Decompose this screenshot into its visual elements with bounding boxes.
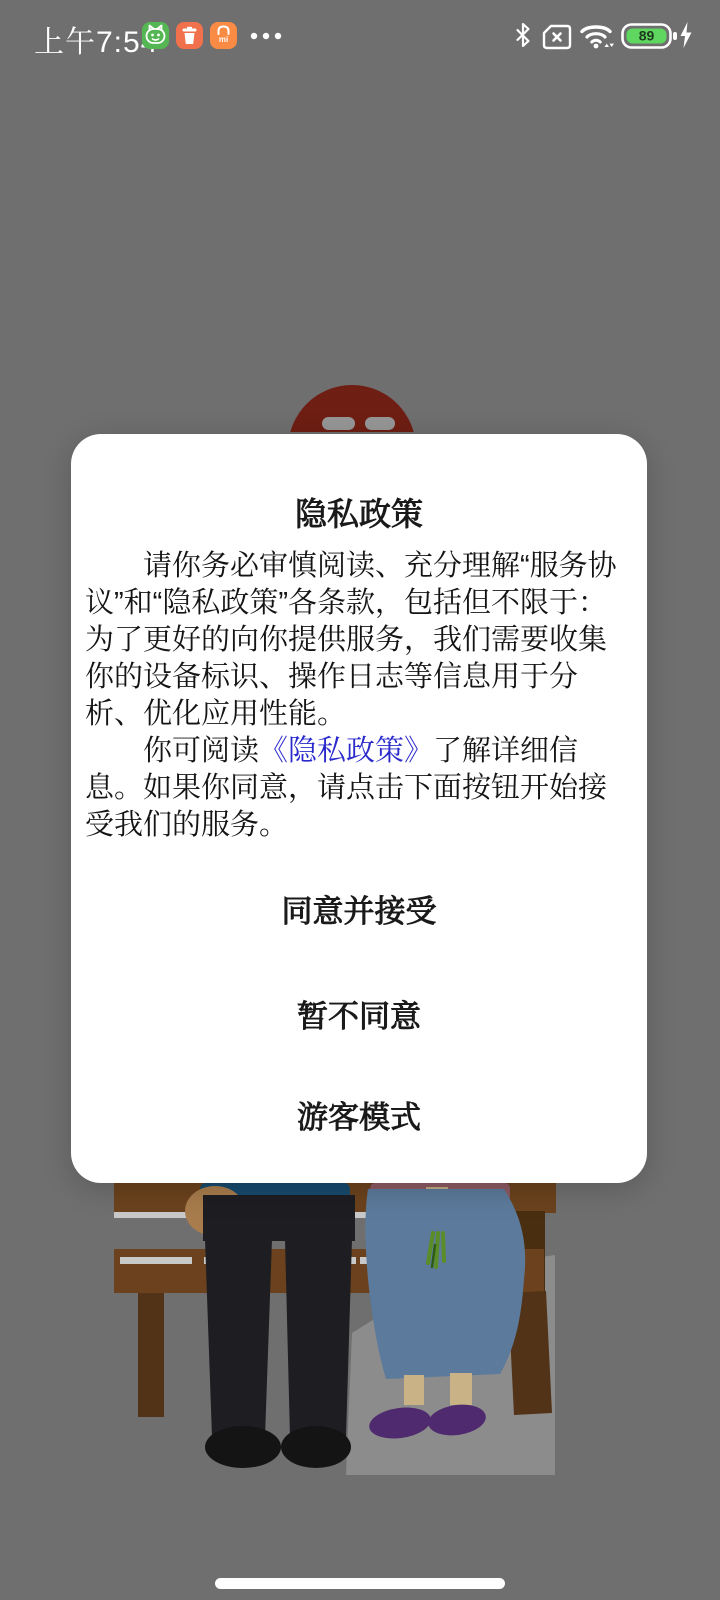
woman-leg-right [450,1373,472,1405]
trash-app-icon [176,22,203,49]
mascot-eye-left [322,417,355,430]
no-sim-icon [541,24,573,50]
mascot-eye-right [365,417,395,430]
wifi-down-arrow [610,44,615,47]
bench-leg-left [138,1293,164,1417]
dialog-body: 请你务必审慎阅读、充分理解“服务协议”和“隐私政策”各条款，包括但不限于：为了更… [85,548,633,844]
agree-accept-button[interactable]: 同意并接受 [71,892,647,932]
battery-icon: 89 [621,22,677,50]
shopping-bag-app-icon: mi [210,22,237,49]
phone-screen: 上午7:54 mi [0,0,720,1600]
clock: 上午7:54 [34,17,158,61]
home-indicator-bar[interactable] [215,1578,505,1589]
policy-paragraph-1: 请你务必审慎阅读、充分理解“服务协议”和“隐私政策”各条款，包括但不限于：为了更… [85,548,633,733]
elderly-man [185,1183,355,1468]
privacy-dialog: 隐私政策 请你务必审慎阅读、充分理解“服务协议”和“隐私政策”各条款，包括但不限… [71,434,647,1183]
battery-percent: 89 [639,28,655,44]
disagree-button[interactable]: 暂不同意 [71,997,647,1037]
bench-couple-illustration [100,1183,560,1475]
man-shoe-left [205,1426,281,1468]
guest-mode-button[interactable]: 游客模式 [71,1098,647,1138]
woman-leg-left [404,1375,424,1405]
privacy-policy-link[interactable]: 《隐私政策》 [259,735,433,767]
wifi-up-arrow [605,44,610,47]
status-bar: 上午7:54 mi [0,0,720,70]
charging-bolt-icon [677,21,695,49]
mascot-head-illustration [272,376,432,432]
bluetooth-icon [515,23,531,47]
more-notifications-icon [249,22,285,49]
policy-paragraph-2: 你可阅读《隐私政策》了解详细信息。如果你同意，请点击下面按钮开始接受我们的服务。 [85,733,633,844]
dialog-title: 隐私政策 [71,496,647,532]
woman-skirt [365,1189,525,1379]
cat-face-app-icon [142,22,169,49]
wifi-icon [579,22,615,50]
shop-icon-text: mi [219,35,228,44]
man-shoe-right [281,1426,351,1468]
